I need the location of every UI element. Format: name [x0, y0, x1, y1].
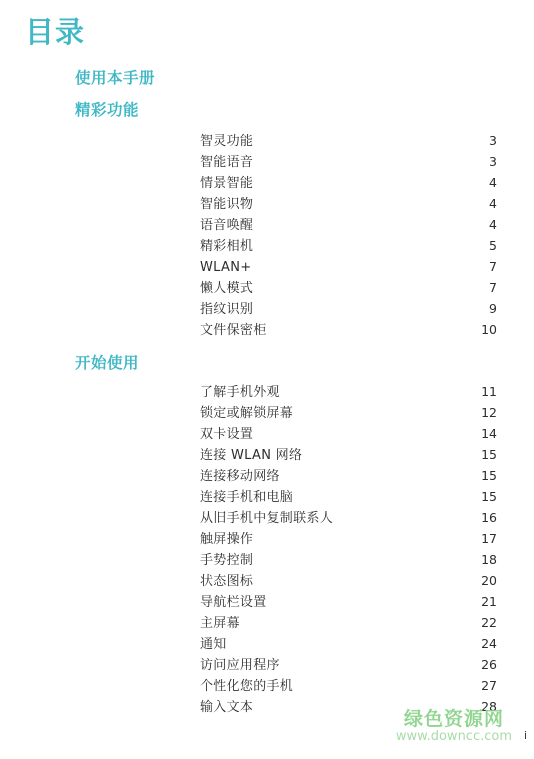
- toc-entry: 连接 WLAN 网络15: [200, 445, 497, 466]
- toc-entry: 精彩相机5: [200, 236, 497, 257]
- toc-entry: 主屏幕22: [200, 613, 497, 634]
- toc-entry: 懒人模式7: [200, 278, 497, 299]
- toc-entry-label: 连接手机和电脑: [200, 488, 293, 508]
- toc-entry-label: 双卡设置: [200, 425, 253, 445]
- toc-entry: 连接手机和电脑15: [200, 487, 497, 508]
- toc-entry: 通知24: [200, 634, 497, 655]
- toc-entry-page-number: 18: [481, 550, 497, 570]
- toc-entry-page-number: 7: [489, 257, 497, 277]
- toc-section-heading: 精彩功能: [75, 100, 497, 120]
- toc-entry: 情景智能4: [200, 173, 497, 194]
- toc-entry: 导航栏设置21: [200, 592, 497, 613]
- toc-entry-page-number: 4: [489, 173, 497, 193]
- toc-section-heading: 开始使用: [75, 353, 497, 373]
- toc-entry-list: 智灵功能3智能语音3情景智能4智能识物4语音唤醒4精彩相机5WLAN+7懒人模式…: [200, 131, 497, 341]
- toc-entry-label: 输入文本: [200, 698, 253, 718]
- toc-entry-page-number: 9: [489, 299, 497, 319]
- toc-entry-page-number: 24: [481, 634, 497, 654]
- toc-entry-page-number: 3: [489, 152, 497, 172]
- toc-page: 目录 使用本手册精彩功能智灵功能3智能语音3情景智能4智能识物4语音唤醒4精彩相…: [0, 0, 534, 759]
- toc-entry-page-number: 7: [489, 278, 497, 298]
- toc-entry-label: 了解手机外观: [200, 383, 280, 403]
- toc-entry-label: 文件保密柜: [200, 321, 267, 341]
- toc-entry-label: 智灵功能: [200, 132, 253, 152]
- toc-entry-label: 懒人模式: [200, 279, 253, 299]
- toc-entry-page-number: 26: [481, 655, 497, 675]
- toc-entry-label: 个性化您的手机: [200, 677, 293, 697]
- toc-entry: 指纹识别9: [200, 299, 497, 320]
- toc-entry: 智能语音3: [200, 152, 497, 173]
- footer-page-number: i: [524, 729, 527, 742]
- toc-entry-page-number: 27: [481, 676, 497, 696]
- toc-entry-label: 导航栏设置: [200, 593, 267, 613]
- watermark-site-name: 绿色资源网: [396, 709, 512, 730]
- toc-section: 开始使用了解手机外观11锁定或解锁屏幕12双卡设置14连接 WLAN 网络15连…: [75, 353, 497, 718]
- toc-entry: 智能识物4: [200, 194, 497, 215]
- toc-entry: 锁定或解锁屏幕12: [200, 403, 497, 424]
- toc-entry: 状态图标20: [200, 571, 497, 592]
- toc-entry-page-number: 15: [481, 487, 497, 507]
- toc-entry: WLAN+7: [200, 257, 497, 278]
- toc-entry: 了解手机外观11: [200, 382, 497, 403]
- toc-section: 使用本手册: [75, 68, 497, 88]
- toc-entry-page-number: 22: [481, 613, 497, 633]
- toc-entry: 手势控制18: [200, 550, 497, 571]
- toc-entry-label: 智能语音: [200, 153, 253, 173]
- toc-entry-page-number: 3: [489, 131, 497, 151]
- toc-entry-page-number: 16: [481, 508, 497, 528]
- toc-entry-page-number: 4: [489, 194, 497, 214]
- toc-entry-page-number: 20: [481, 571, 497, 591]
- toc-entry-page-number: 14: [481, 424, 497, 444]
- toc-entry-label: 触屏操作: [200, 530, 253, 550]
- toc-section-heading: 使用本手册: [75, 68, 497, 88]
- toc-entry: 双卡设置14: [200, 424, 497, 445]
- toc-entry: 从旧手机中复制联系人16: [200, 508, 497, 529]
- toc-entry-label: 精彩相机: [200, 237, 253, 257]
- toc-entry: 访问应用程序26: [200, 655, 497, 676]
- toc-entry-label: 手势控制: [200, 551, 253, 571]
- toc-entry-label: 通知: [200, 635, 227, 655]
- toc-entry: 文件保密柜10: [200, 320, 497, 341]
- toc-entry-label: 语音唤醒: [200, 216, 253, 236]
- toc-entry: 语音唤醒4: [200, 215, 497, 236]
- toc-entry-page-number: 21: [481, 592, 497, 612]
- toc-entry-page-number: 10: [481, 320, 497, 340]
- toc-entry: 触屏操作17: [200, 529, 497, 550]
- toc-entry-label: 状态图标: [200, 572, 253, 592]
- watermark: 绿色资源网 www.downcc.com: [396, 709, 512, 744]
- toc-entry-list: 了解手机外观11锁定或解锁屏幕12双卡设置14连接 WLAN 网络15连接移动网…: [200, 382, 497, 718]
- toc-entry: 连接移动网络15: [200, 466, 497, 487]
- toc-entry-label: 锁定或解锁屏幕: [200, 404, 293, 424]
- toc-entry-page-number: 15: [481, 445, 497, 465]
- toc-entry-label: 访问应用程序: [200, 656, 280, 676]
- toc-entry: 智灵功能3: [200, 131, 497, 152]
- watermark-site-url: www.downcc.com: [396, 730, 512, 744]
- toc-sections: 使用本手册精彩功能智灵功能3智能语音3情景智能4智能识物4语音唤醒4精彩相机5W…: [75, 68, 497, 718]
- toc-entry-page-number: 17: [481, 529, 497, 549]
- toc-entry-label: 主屏幕: [200, 614, 240, 634]
- toc-entry-page-number: 4: [489, 215, 497, 235]
- toc-entry-label: 情景智能: [200, 174, 253, 194]
- toc-entry-page-number: 5: [489, 236, 497, 256]
- toc-entry-page-number: 12: [481, 403, 497, 423]
- toc-entry-page-number: 15: [481, 466, 497, 486]
- page-title: 目录: [25, 10, 85, 51]
- toc-entry: 个性化您的手机27: [200, 676, 497, 697]
- toc-entry-label: WLAN+: [200, 258, 251, 278]
- toc-entry-label: 指纹识别: [200, 300, 253, 320]
- toc-entry-page-number: 11: [481, 382, 497, 402]
- toc-entry-label: 从旧手机中复制联系人: [200, 509, 333, 529]
- toc-entry-label: 智能识物: [200, 195, 253, 215]
- toc-section: 精彩功能智灵功能3智能语音3情景智能4智能识物4语音唤醒4精彩相机5WLAN+7…: [75, 100, 497, 341]
- toc-entry-label: 连接移动网络: [200, 467, 280, 487]
- toc-entry-label: 连接 WLAN 网络: [200, 446, 302, 466]
